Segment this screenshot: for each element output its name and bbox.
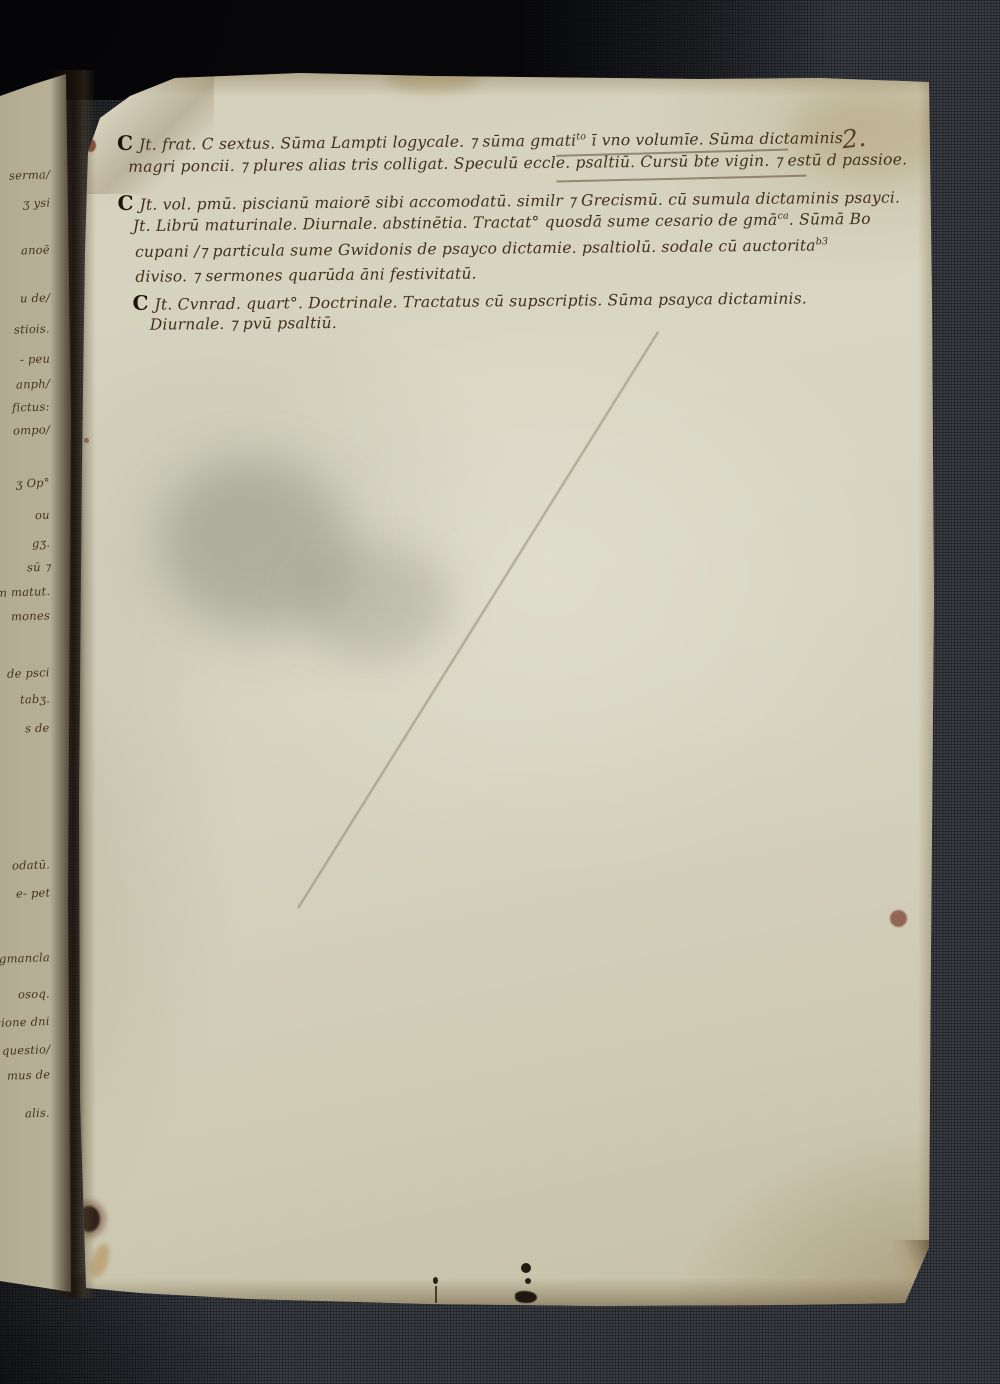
margin-fragment: stiois. [14,321,50,336]
margin-fragment: mones [11,608,50,623]
line-text: Jt. Librū maturinale. Diurnale. abstinēt… [133,211,778,235]
line-text: cupani /⁊ particula sume Gwidonis de psa… [135,236,816,261]
ink-mark-bottom [521,1263,531,1273]
margin-fragment: tabʒ. [20,691,50,706]
text-line: Diurnale. ⁊ pvū psaltiū. [150,314,337,334]
ink-mark-bottom [433,1277,438,1284]
text-line: cupani /⁊ particula sume Gwidonis de psa… [135,236,828,261]
margin-fragment: sione dni [0,1014,50,1030]
margin-fragment: serma/ [9,167,51,182]
gutter-shadow [50,70,98,1298]
margin-fragment: anoē [21,243,50,258]
margin-fragments: serma/ ʒ ysi anoē u de/ stiois. - peu an… [0,0,55,1384]
margin-fragment: anph/ [16,376,50,391]
line-text: Jt. frat. C sextus. Sūma Lampti logycale… [139,132,576,154]
margin-fragment: u de/ [20,290,51,305]
margin-fragment: - peu [20,351,51,366]
margin-fragment: m matut. [0,584,50,600]
margin-fragment: mus de [7,1067,51,1083]
stain-smudge [300,545,450,660]
margin-fragment: odatū. [12,857,50,872]
margin-fragment: s de [25,721,50,736]
margin-fragment: osoq. [18,986,50,1001]
text-line: diviso. ⁊ sermones quarūda āni festivita… [135,265,477,286]
line-text: ī vno volumīe. Sūma dictaminis [586,129,843,149]
paraph-mark: C [117,191,132,215]
margin-fragment: ompo/ [13,422,50,437]
margin-fragment: questio/ [2,1042,51,1058]
margin-fragment: alis. [25,1106,50,1121]
margin-fragment: sū ⁊ [26,560,50,575]
margin-fragment: gʒ. [32,536,51,551]
text-line: magri poncii. ⁊ plures alias tris collig… [128,150,907,175]
margin-fragment: de psci [7,665,50,680]
superscript-abbreviation: ca [777,211,788,222]
margin-fragment: e- pet [15,885,50,900]
ink-mark-bottom [525,1278,531,1284]
margin-fragment: ʒ Op° [16,475,50,490]
superscript-abbreviation: to [576,131,586,142]
manuscript-photo: serma/ ʒ ysi anoē u de/ stiois. - peu an… [0,0,1000,1384]
margin-fragment: fictus: [12,399,50,414]
margin-fragment: gmancla [0,950,50,966]
manuscript-page: CJt. frat. C sextus. Sūma Lampti logycal… [0,0,1000,1384]
ink-drip-bottom [435,1286,437,1303]
folio-number: 2. [841,123,868,154]
paraph-mark: C [132,291,147,315]
margin-fragment: ʒ ysi [23,196,51,211]
line-text: diviso. ⁊ sermones quarūda āni festivita… [135,265,477,286]
line-text: magri poncii. ⁊ plures alias tris collig… [128,150,907,175]
paraph-mark: C [117,131,132,155]
superscript-abbreviation: b3 [816,236,829,247]
line-text: Diurnale. ⁊ pvū psaltiū. [150,314,337,334]
ink-blot-bottom [515,1291,537,1303]
line-text: . Sūmā Bo [789,210,871,229]
stain-red-spot [890,910,907,927]
margin-fragment: ou [35,508,50,523]
line-text: Jt. Cvnrad. quart°. Doctrinale. Tractatu… [154,289,807,313]
underline-stroke [556,175,806,182]
text-line: CJt. Cvnrad. quart°. Doctrinale. Tractat… [132,284,807,314]
